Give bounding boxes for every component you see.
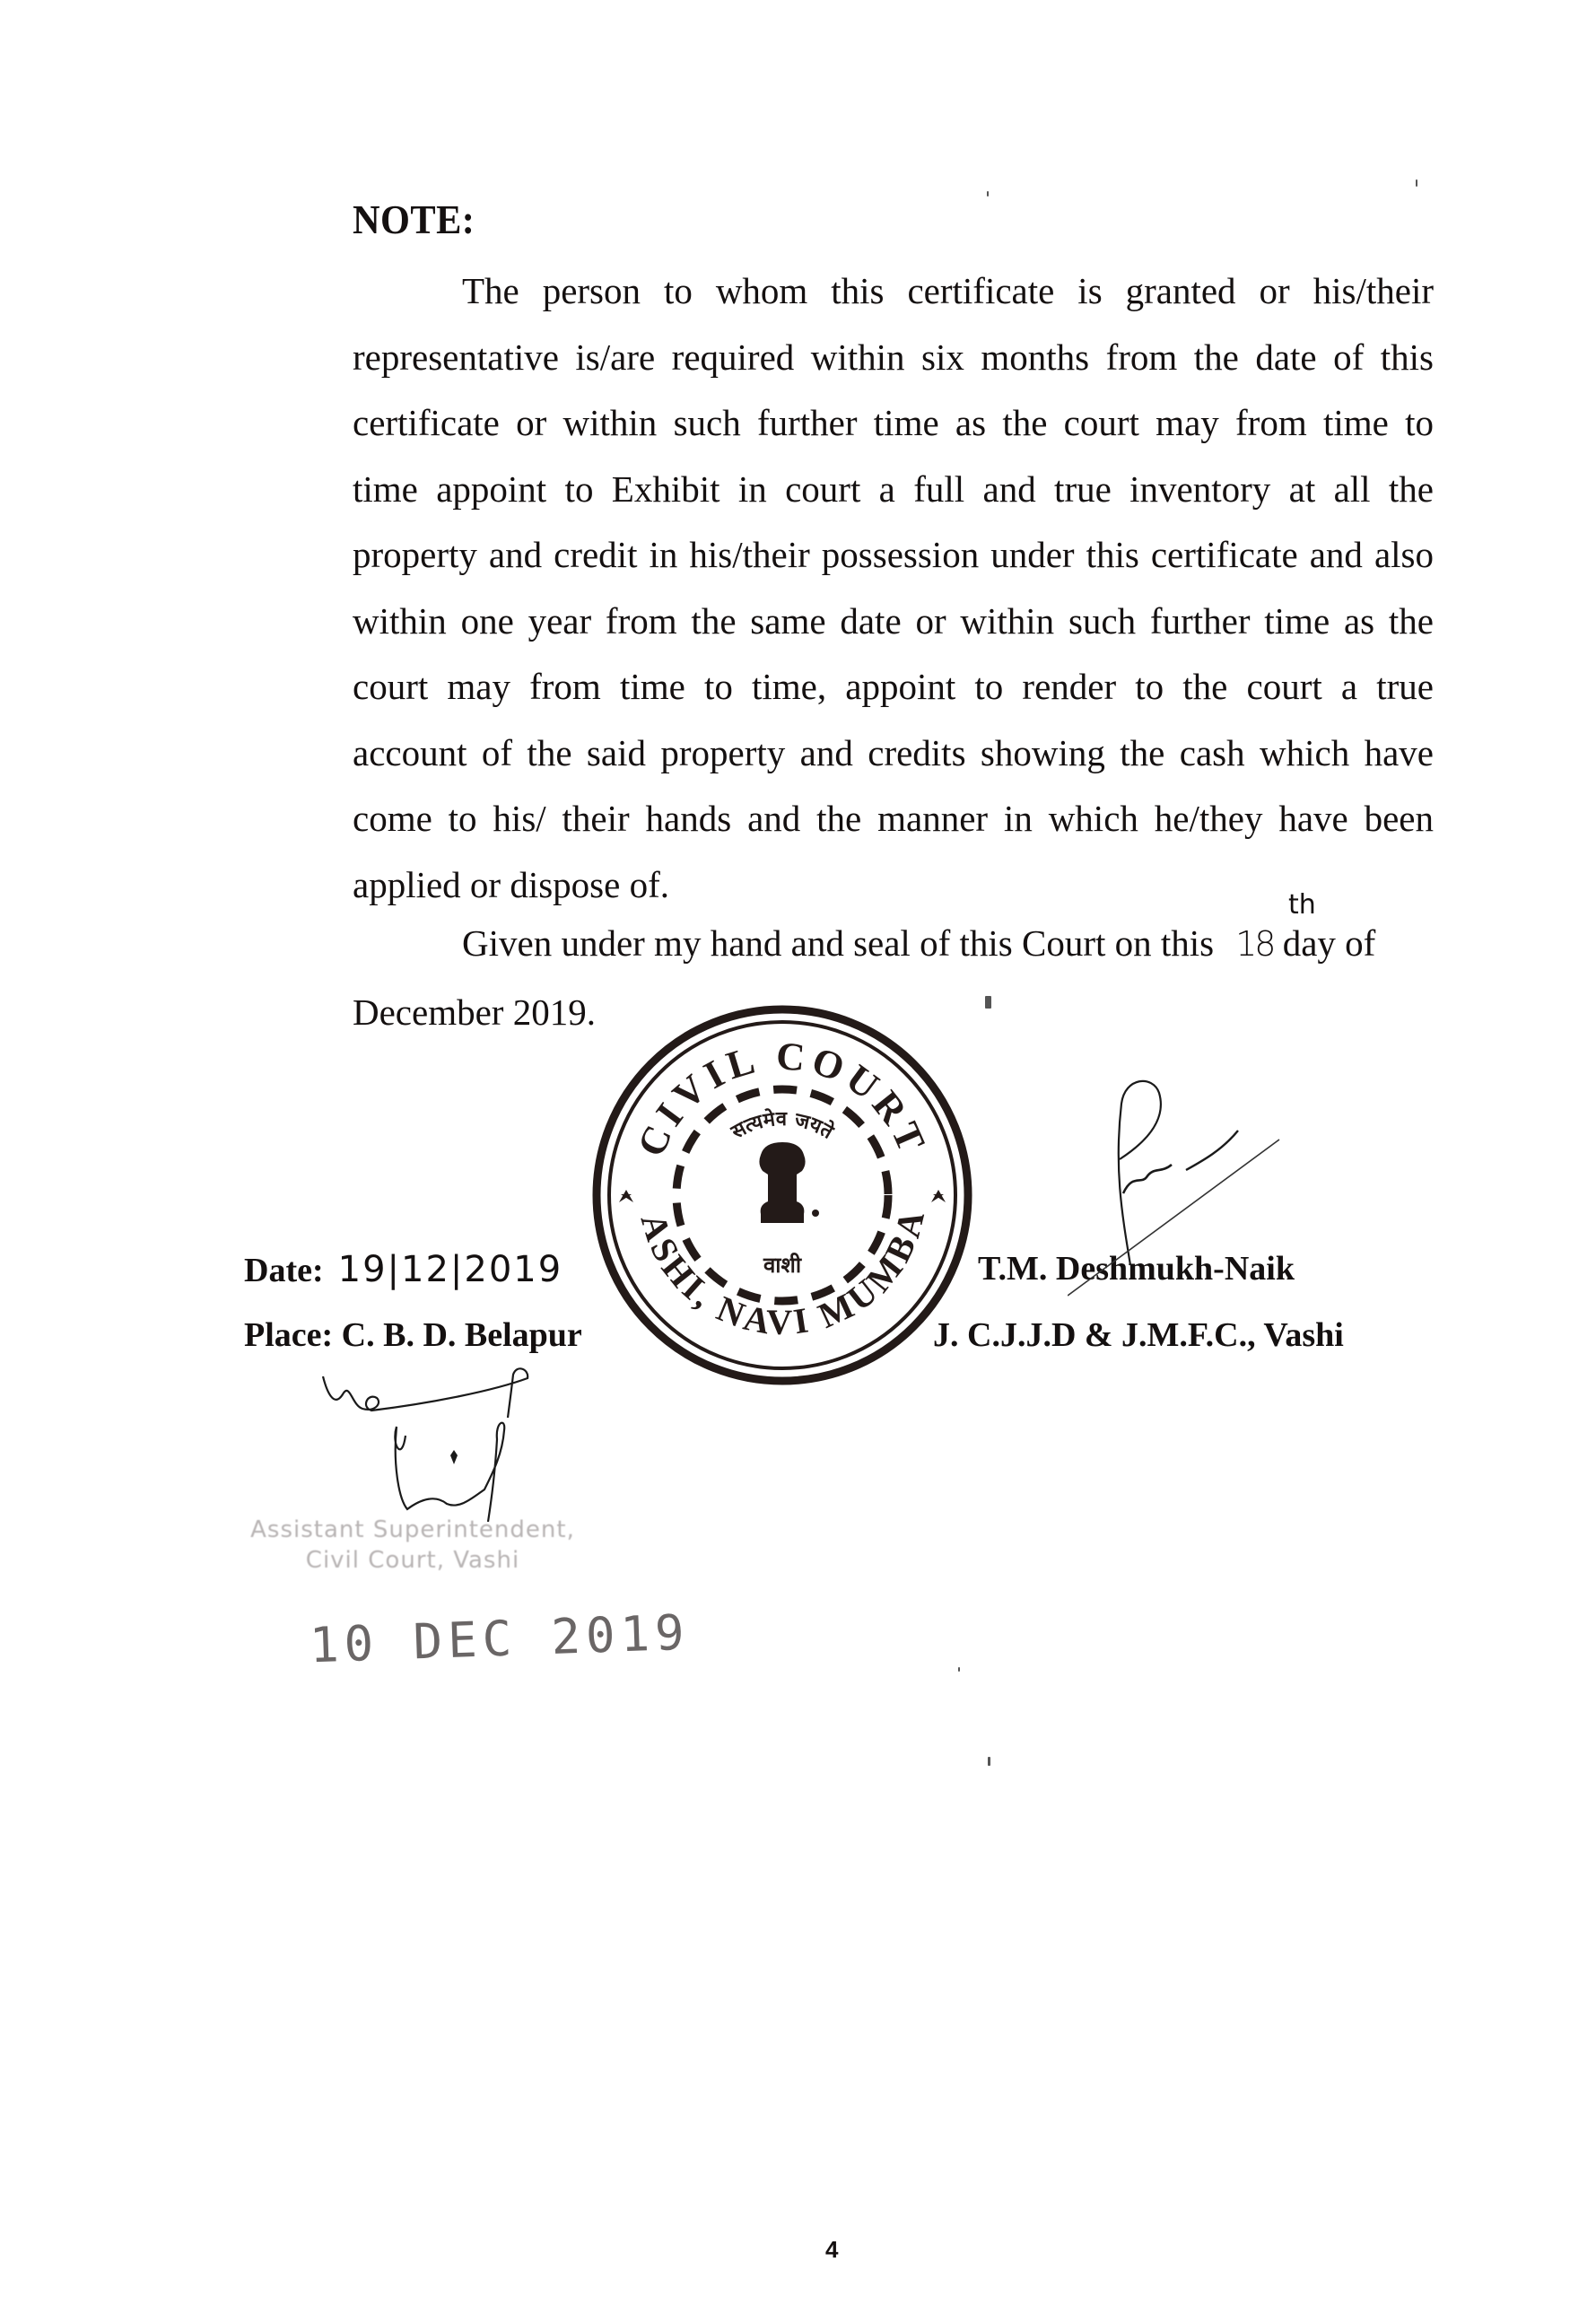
faded-stamp-line: Assistant Superintendent, [206, 1515, 619, 1545]
place-value: C. B. D. Belapur [342, 1316, 582, 1354]
paragraph-line: court may from time to time, appoint to … [353, 654, 1434, 721]
faded-stamp-line: Civil Court, Vashi [206, 1545, 619, 1576]
given-date-line: December 2019. [353, 987, 596, 1037]
given-under-line: Given under my hand and seal of this Cou… [462, 918, 1434, 969]
paragraph-line: certificate or within such further time … [353, 390, 1434, 457]
svg-text:वाशी: वाशी [763, 1253, 802, 1278]
date-label: Date: [244, 1252, 324, 1289]
paragraph-line: applied or dispose of. [353, 852, 1434, 919]
note-paragraph: The person to whom this certificate is g… [353, 258, 1434, 918]
handwritten-day: 18 [1235, 919, 1273, 969]
paragraph-line: representative is/are required within si… [353, 325, 1434, 391]
received-date-stamp: 10 DEC 2019 [309, 1604, 691, 1674]
judge-signature-icon [1068, 1068, 1319, 1301]
page-number: 4 [825, 2236, 838, 2264]
scan-speck [958, 1667, 960, 1672]
document-page: NOTE: The person to whom this certificat… [0, 0, 1596, 2297]
svg-text:सत्यमेव जयते: सत्यमेव जयते [727, 1106, 839, 1144]
paragraph-line: The person to whom this certificate is g… [353, 258, 1434, 325]
scan-speck [987, 191, 989, 197]
paragraph-line: within one year from the same date or wi… [353, 589, 1434, 655]
judge-title: J. C.J.J.D & J.M.F.C., Vashi [933, 1315, 1344, 1355]
paragraph-line: account of the said property and credits… [353, 721, 1434, 787]
place-label: Place: [244, 1316, 333, 1354]
date-line: Date:19|12|2019 [244, 1249, 563, 1290]
place-line: Place: C. B. D. Belapur [244, 1315, 582, 1355]
handwritten-date: 19|12|2019 [338, 1249, 563, 1290]
note-heading: NOTE: [353, 196, 475, 243]
paragraph-line: property and credit in his/their possess… [353, 522, 1434, 589]
handwritten-day-suffix: th [1288, 880, 1316, 930]
paragraph-line: come to his/ their hands and the manner … [353, 786, 1434, 852]
faded-office-stamp: Assistant Superintendent, Civil Court, V… [206, 1515, 619, 1576]
scan-speck [1416, 179, 1417, 187]
scan-speck [988, 1757, 990, 1766]
given-text: Given under my hand and seal of this Cou… [462, 922, 1214, 964]
scan-speck [985, 996, 991, 1009]
national-emblem-icon [759, 1142, 819, 1223]
paragraph-line: time appoint to Exhibit in court a full … [353, 457, 1434, 523]
court-seal-icon: CIVIL COURT VASHI, NAVI MUMBAI सत्यमेव ज… [585, 998, 980, 1393]
